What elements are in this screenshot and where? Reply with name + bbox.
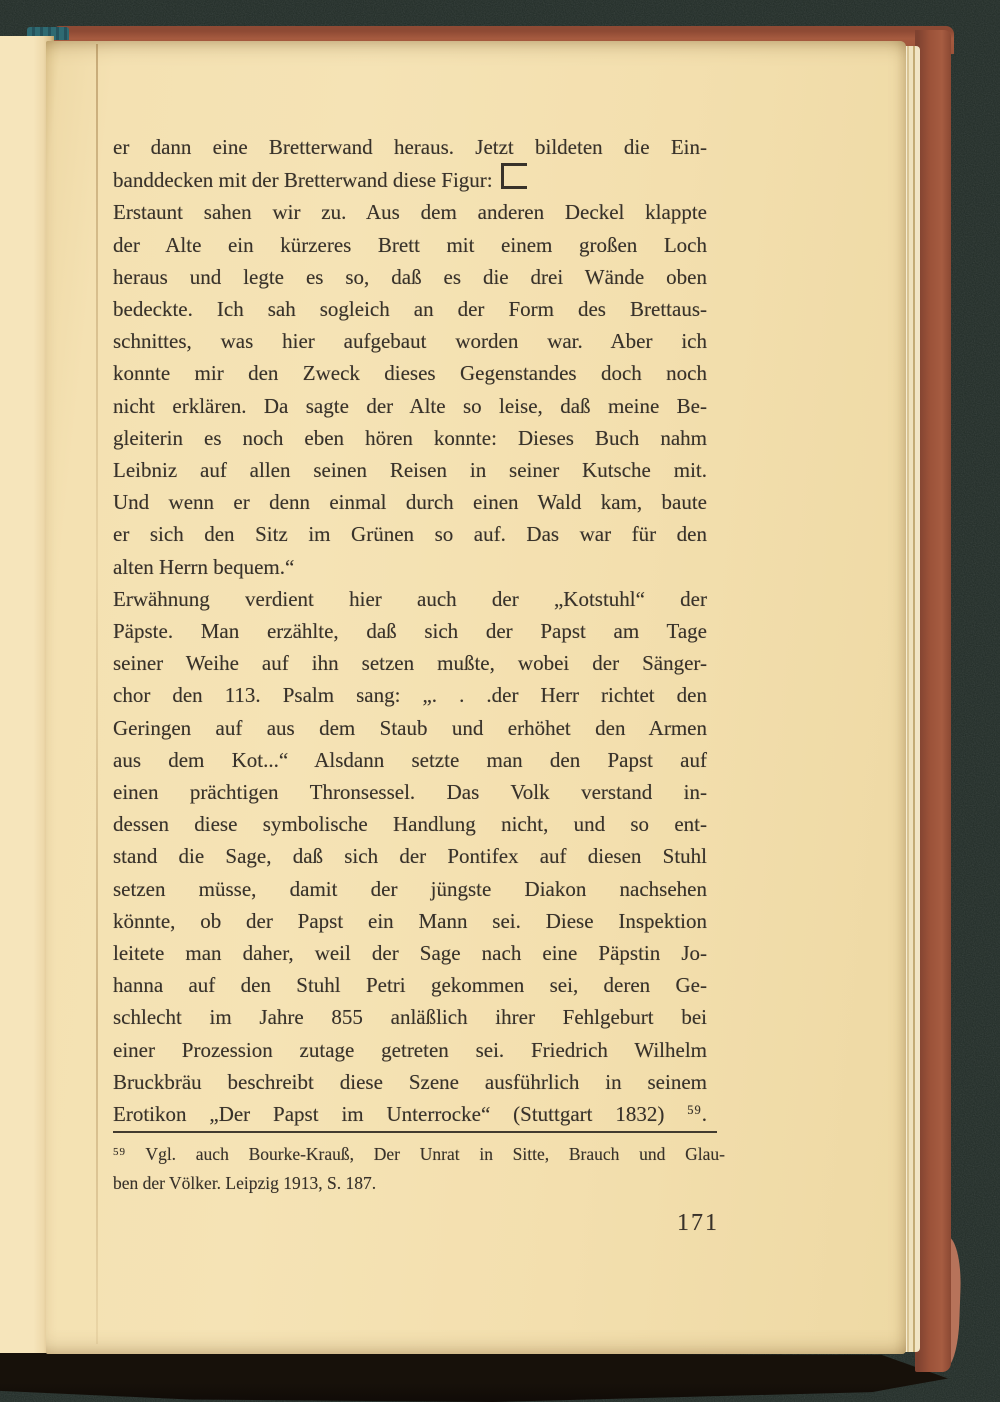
text-line: konnte mir den Zweck dieses Gegenstandes…: [113, 357, 707, 389]
text-line: Leibniz auf allen seinen Reisen in seine…: [113, 454, 707, 486]
text-line: leitete man daher, weil der Sage nach ei…: [113, 937, 707, 969]
text-line: banddecken mit der Bretterwand diese Fig…: [113, 163, 707, 196]
footnote-rule: [113, 1131, 717, 1133]
text-line: chor den 113. Psalm sang: „. . .der Herr…: [113, 679, 707, 711]
text-line: gleiterin es noch eben hören konnte: Die…: [113, 422, 707, 454]
text-line: er sich den Sitz im Grünen so auf. Das w…: [113, 518, 707, 550]
text-line: nicht erklären. Da sagte der Alte so lei…: [113, 390, 707, 422]
text-line: hanna auf den Stuhl Petri gekommen sei, …: [113, 969, 707, 1001]
text-line: dessen diese symbolische Handlung nicht,…: [113, 808, 707, 840]
text-line: Geringen auf aus dem Staub und erhöhet d…: [113, 712, 707, 744]
text-line: 59 Vgl. auch Bourke-Krauß, Der Unrat in …: [113, 1140, 725, 1169]
gutter-crease: [96, 44, 98, 1344]
figure-bracket-icon: [501, 163, 527, 189]
text-line: bedeckte. Ich sah sogleich an der Form d…: [113, 293, 707, 325]
text-line: Bruckbräu beschreibt diese Szene ausführ…: [113, 1066, 707, 1098]
text-line: einer Prozession zutage getreten sei. Fr…: [113, 1034, 707, 1066]
text-line: Erwähnung verdient hier auch der „Kotstu…: [113, 583, 707, 615]
text-line: alten Herrn bequem.“: [113, 551, 707, 583]
text-line: schlecht im Jahre 855 anläßlich ihrer Fe…: [113, 1001, 707, 1033]
book-cover-fore-edge: [915, 30, 951, 1372]
text-line: setzen müsse, damit der jüngste Diakon n…: [113, 873, 707, 905]
text-line: aus dem Kot...“ Alsdann setzte man den P…: [113, 744, 707, 776]
text-line: Erotikon „Der Papst im Unterrocke“ (Stut…: [113, 1098, 707, 1130]
footnote: 59 Vgl. auch Bourke-Krauß, Der Unrat in …: [113, 1140, 725, 1198]
text-line: schnittes, was hier aufgebaut worden war…: [113, 325, 707, 357]
text-line: der Alte ein kürzeres Brett mit einem gr…: [113, 229, 707, 261]
text-line: stand die Sage, daß sich der Pontifex au…: [113, 840, 707, 872]
text-line: heraus und legte es so, daß es die drei …: [113, 261, 707, 293]
text-line: Päpste. Man erzählte, daß sich der Papst…: [113, 615, 707, 647]
text-line: er dann eine Bretterwand heraus. Jetzt b…: [113, 131, 707, 163]
body-text: er dann eine Bretterwand heraus. Jetzt b…: [113, 131, 707, 1130]
text-line: könnte, ob der Papst ein Mann sei. Diese…: [113, 905, 707, 937]
footnote-marker: 59: [687, 1103, 702, 1117]
text-line: seiner Weihe auf ihn setzen mußte, wobei…: [113, 647, 707, 679]
page-number: 171: [113, 1210, 719, 1237]
text-line: einen prächtigen Thronsessel. Das Volk v…: [113, 776, 707, 808]
text-line: Erstaunt sahen wir zu. Aus dem anderen D…: [113, 196, 707, 228]
text-line: Und wenn er denn einmal durch einen Wald…: [113, 486, 707, 518]
footnote-marker: 59: [113, 1146, 126, 1158]
text-line: ben der Völker. Leipzig 1913, S. 187.: [113, 1169, 725, 1198]
